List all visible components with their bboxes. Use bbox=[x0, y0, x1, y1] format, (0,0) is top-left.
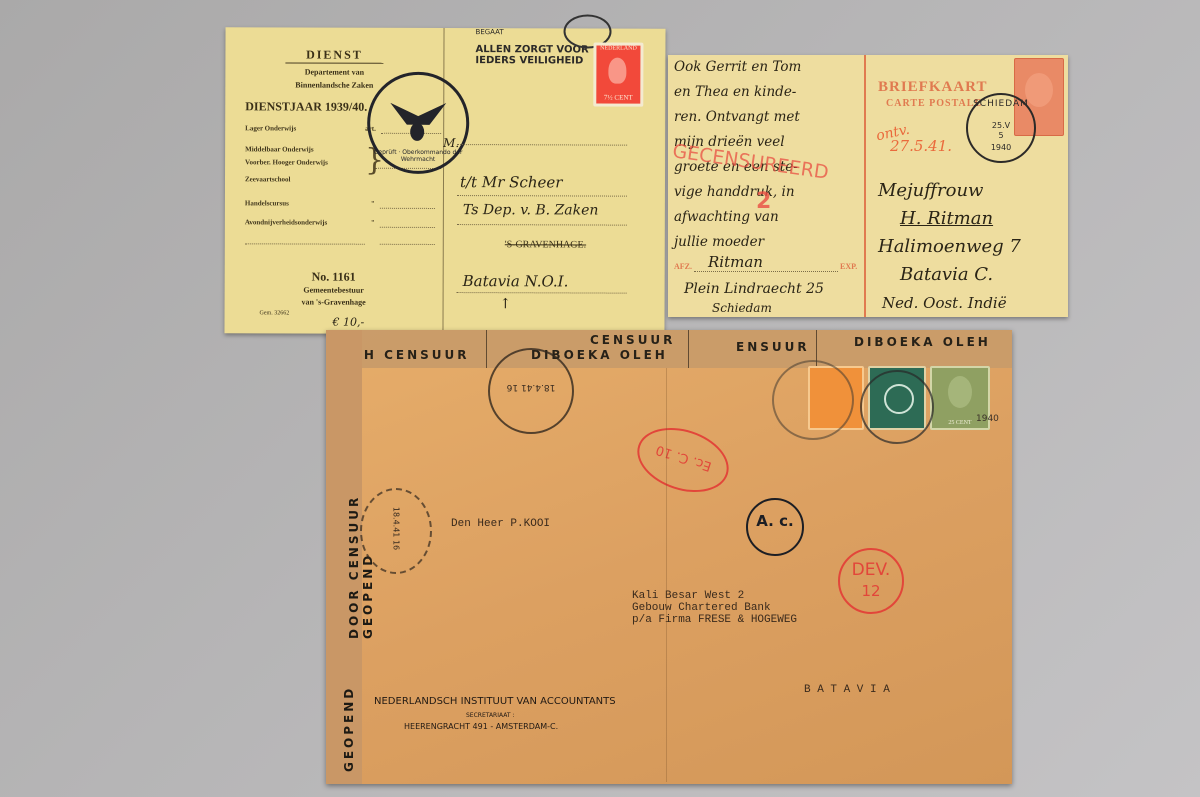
queen-portrait-icon bbox=[608, 58, 626, 84]
censor-postmark: 18.4.41 16 bbox=[360, 488, 432, 574]
issuer-line-2: van 's-Gravenhage bbox=[225, 297, 443, 307]
briefkaart-postcard: Ook Gerrit en Tom en Thea en kinde- ren.… bbox=[668, 55, 1068, 317]
m-label: M. bbox=[443, 136, 459, 150]
afz-label: AFZ. bbox=[674, 262, 692, 271]
postmark-city: SCHIEDAM bbox=[968, 99, 1034, 109]
card-divider bbox=[864, 55, 866, 317]
oval-stamp-text: Ec. C. 10 bbox=[639, 437, 729, 479]
cancellation-postmark bbox=[772, 360, 854, 440]
tape-text: ENSUUR bbox=[736, 340, 810, 354]
address-line: Ned. Oost. Indië bbox=[882, 289, 1021, 317]
row-lager-onderwijs: Lager Onderwijs bbox=[245, 124, 296, 132]
recipient-address: Kali Besar West 2 Gebouw Chartered Bank … bbox=[632, 590, 797, 626]
address-line: Mejuffrouw bbox=[878, 177, 1021, 205]
censored-envelope: LEH CENSUUR DIBOEKA OLEH CENSUUR ENSUUR … bbox=[326, 330, 1012, 784]
queen-portrait-icon bbox=[948, 376, 972, 408]
dev-stamp-line-1: DEV. bbox=[840, 560, 902, 580]
postage-stamp-7-5-cent: NEDERLAND 7½ CENT bbox=[593, 43, 643, 107]
message-line: jullie moeder bbox=[674, 230, 862, 255]
exp-label: EXP. bbox=[840, 262, 857, 271]
postmark-year: 1940 bbox=[976, 414, 999, 424]
row-ditto-mark: " bbox=[371, 219, 375, 227]
sender-department: SECRETARIAAT : bbox=[466, 712, 515, 719]
sender-name: NEDERLANDSCH INSTITUUT VAN ACCOUNTANTS bbox=[374, 696, 616, 707]
tape-seam bbox=[688, 330, 689, 368]
address-line bbox=[457, 195, 627, 197]
row-voorber-hooger-onderwijs: Voorber. Hooger Onderwijs bbox=[245, 158, 328, 166]
sender-address: Plein Lindraecht 25 bbox=[684, 281, 824, 297]
issuer-line-1: Gemeentebestuur bbox=[225, 285, 443, 295]
censor-tape-top: LEH CENSUUR DIBOEKA OLEH CENSUUR ENSUUR … bbox=[326, 330, 1012, 368]
address-line: Batavia C. bbox=[900, 261, 1021, 289]
service-year: DIENSTJAAR 1939/40. bbox=[245, 99, 367, 114]
tape-text-vertical: GEOPEND bbox=[342, 682, 356, 772]
address-line-4: Batavia N.O.I. bbox=[463, 272, 569, 290]
recipient-address: Mejuffrouw H. Ritman Halimoenweg 7 Batav… bbox=[878, 177, 1021, 317]
tape-text: CENSUUR bbox=[590, 333, 675, 347]
postmark-year: 1940 bbox=[968, 143, 1034, 152]
stamp-country: NEDERLAND bbox=[596, 46, 640, 52]
address-line bbox=[457, 224, 627, 226]
sender-name: Ritman bbox=[708, 253, 763, 271]
fold-crease bbox=[666, 368, 667, 782]
censor-postmark: 18.4.41 16 bbox=[488, 348, 574, 434]
dotted-line bbox=[380, 208, 435, 209]
pencil-price-note: € 10,- bbox=[332, 316, 364, 329]
pencil-arrow: ↑ bbox=[500, 296, 512, 312]
postmark-date: 18.4.41 16 bbox=[392, 495, 401, 563]
ac-stamp-text: A. c. bbox=[748, 512, 802, 530]
message-line: ren. Ontvangt met bbox=[674, 105, 862, 130]
address-line: H. Ritman bbox=[900, 205, 1021, 233]
sender-city: Schiedam bbox=[712, 301, 772, 315]
cancellation-postmark bbox=[860, 370, 934, 444]
dev-stamp: DEV. 12 bbox=[838, 548, 904, 614]
tape-text: DIBOEKA OLEH bbox=[854, 335, 991, 349]
message-line: Ook Gerrit en Tom bbox=[674, 55, 862, 80]
address-line-3-struck: 'S-GRAVENHAGE. bbox=[505, 239, 586, 250]
recipient-name: Den Heer P.KOOI bbox=[451, 518, 550, 530]
dotted-line bbox=[245, 243, 365, 244]
censor-tape-side: DOOR CENSUUR GEOPEND GEOPEND bbox=[326, 330, 362, 784]
row-avondnijverheidsonderwijs: Avondnijverheidsonderwijs bbox=[245, 218, 327, 226]
address-line bbox=[457, 144, 627, 146]
address-line bbox=[457, 292, 627, 294]
row-handelscursus: Handelscursus bbox=[245, 199, 289, 207]
postmark-hour: 5 bbox=[968, 131, 1034, 140]
message-line: en Thea en kinde- bbox=[674, 80, 862, 105]
address-line-1: t/t Mr Scheer bbox=[460, 173, 562, 191]
eagle-icon bbox=[390, 103, 446, 125]
address-line: p/a Firma FRESE & HOGEWEG bbox=[632, 614, 797, 626]
dotted-line bbox=[380, 244, 435, 245]
postmark-date: 25.V bbox=[968, 121, 1034, 130]
red-annotation-line-2: 27.5.41. bbox=[890, 137, 952, 155]
service-postcard: DIENST Departement van Binnenlandsche Za… bbox=[224, 27, 665, 335]
address-line: Kali Besar West 2 bbox=[632, 590, 797, 602]
dotted-line bbox=[694, 271, 838, 272]
header-underline bbox=[285, 62, 383, 63]
schiedam-postmark: SCHIEDAM 25.V 5 1940 bbox=[966, 93, 1036, 163]
header-dienst: DIENST bbox=[225, 47, 443, 63]
card-divider bbox=[442, 28, 444, 334]
row-middelbaar-onderwijs: Middelbaar Onderwijs bbox=[245, 145, 314, 153]
address-line: Gebouw Chartered Bank bbox=[632, 602, 797, 614]
stamp-value: 7½ CENT bbox=[596, 94, 640, 102]
gem-code: Gem. 32662 bbox=[260, 310, 290, 316]
censor-number: 2 bbox=[756, 189, 771, 214]
censor-stamp-text: Geprüft · Oberkommando der Wehrmacht bbox=[370, 149, 466, 163]
sender-address: HEERENGRACHT 491 - AMSTERDAM-C. bbox=[404, 722, 558, 731]
ac-stamp: A. c. bbox=[746, 498, 804, 556]
row-zeevaartschool: Zeevaartschool bbox=[245, 175, 291, 183]
row-ditto-mark: " bbox=[371, 200, 375, 208]
swastika-wreath-icon bbox=[410, 123, 424, 141]
briefkaart-title: BRIEFKAART bbox=[878, 79, 988, 96]
address-line-2: Ts Dep. v. B. Zaken bbox=[463, 202, 599, 218]
red-oval-stamp: Ec. C. 10 bbox=[629, 417, 737, 503]
card-number: No. 1161 bbox=[225, 269, 443, 285]
dotted-line bbox=[380, 227, 435, 228]
postmark-date: 18.4.41 16 bbox=[490, 382, 572, 392]
dev-stamp-line-2: 12 bbox=[840, 582, 902, 600]
censor-eagle-stamp: Geprüft · Oberkommando der Wehrmacht bbox=[367, 72, 469, 174]
recipient-city: B A T A V I A bbox=[804, 684, 890, 696]
tape-seam bbox=[486, 330, 487, 368]
address-line: Halimoenweg 7 bbox=[878, 233, 1021, 261]
